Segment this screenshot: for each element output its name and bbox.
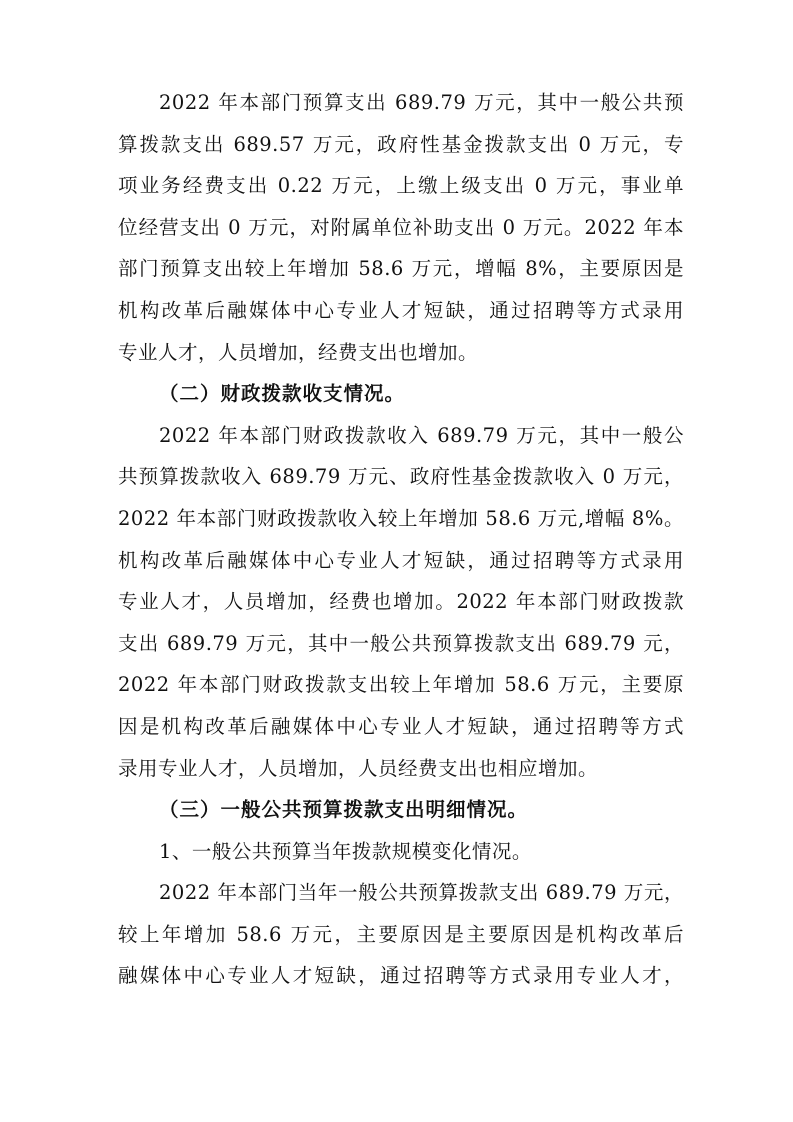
text-line: 2022 年本部门财政拨款收入较上年增加 58.6 万元,增幅 8%。 [118, 498, 684, 540]
text-line: 支出 689.79 万元，其中一般公共预算拨款支出 689.79 元， [118, 623, 684, 665]
text-line: 2022 年本部门财政拨款收入 689.79 万元，其中一般公 [118, 415, 684, 457]
text-line: 算拨款支出 689.57 万元，政府性基金拨款支出 0 万元，专 [118, 124, 684, 166]
text-line: 因是机构改革后融媒体中心专业人才短缺，通过招聘等方式 [118, 706, 684, 748]
text-line: 机构改革后融媒体中心专业人才短缺，通过招聘等方式录用 [118, 290, 684, 332]
document-page: 2022 年本部门预算支出 689.79 万元，其中一般公共预 算拨款支出 68… [118, 82, 684, 997]
text-line: 融媒体中心专业人才短缺，通过招聘等方式录用专业人才， [118, 955, 684, 997]
text-line: 录用专业人才，人员增加，人员经费支出也相应增加。 [118, 748, 684, 790]
text-line: 2022 年本部门财政拨款支出较上年增加 58.6 万元，主要原 [118, 664, 684, 706]
section-heading-fiscal-appropriation: （二）财政拨款收支情况。 [118, 373, 684, 415]
text-line: 专业人才，人员增加，经费也增加。2022 年本部门财政拨款 [118, 581, 684, 623]
subsection-heading-scale-change: 1、一般公共预算当年拨款规模变化情况。 [118, 831, 684, 873]
text-line: 机构改革后融媒体中心专业人才短缺，通过招聘等方式录用 [118, 540, 684, 582]
section-heading-general-budget-detail: （三）一般公共预算拨款支出明细情况。 [118, 789, 684, 831]
text-line: 位经营支出 0 万元，对附属单位补助支出 0 万元。2022 年本 [118, 207, 684, 249]
text-line: 2022 年本部门预算支出 689.79 万元，其中一般公共预 [118, 82, 684, 124]
paragraph-budget-expenditure: 2022 年本部门预算支出 689.79 万元，其中一般公共预 算拨款支出 68… [118, 82, 684, 373]
text-line: 2022 年本部门当年一般公共预算拨款支出 689.79 万元， [118, 872, 684, 914]
text-line: 项业务经费支出 0.22 万元，上缴上级支出 0 万元，事业单 [118, 165, 684, 207]
text-line: 共预算拨款收入 689.79 万元、政府性基金拨款收入 0 万元， [118, 456, 684, 498]
text-line: 专业人才，人员增加，经费支出也增加。 [118, 332, 684, 374]
text-line: 较上年增加 58.6 万元，主要原因是主要原因是机构改革后 [118, 914, 684, 956]
text-line: 部门预算支出较上年增加 58.6 万元，增幅 8%，主要原因是 [118, 248, 684, 290]
paragraph-fiscal-appropriation: 2022 年本部门财政拨款收入 689.79 万元，其中一般公 共预算拨款收入 … [118, 415, 684, 789]
paragraph-general-budget-expenditure: 2022 年本部门当年一般公共预算拨款支出 689.79 万元， 较上年增加 5… [118, 872, 684, 997]
